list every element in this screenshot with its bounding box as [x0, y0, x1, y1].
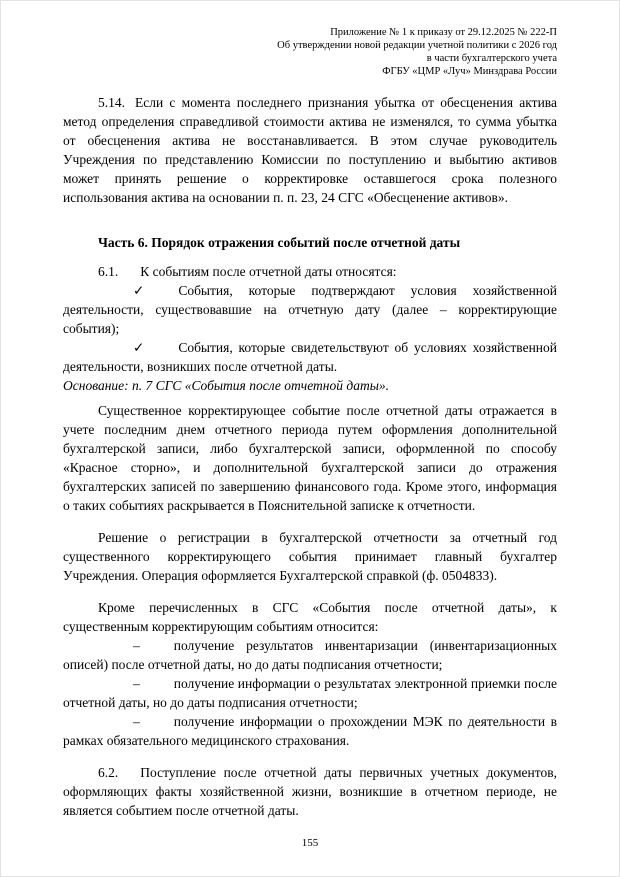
- document-header: Приложение № 1 к приказу от 29.12.2025 №…: [63, 26, 557, 78]
- check-icon: ✓: [98, 281, 144, 300]
- header-line-3: в части бухгалтерского учета: [63, 52, 557, 65]
- page-number: 155: [1, 837, 619, 850]
- paragraph-besides: Кроме перечисленных в СГС «События после…: [63, 598, 557, 636]
- paragraph-5-14-text: Если с момента последнего признания убыт…: [63, 95, 557, 205]
- document-body: 5.14.Если с момента последнего признания…: [63, 93, 557, 820]
- paragraph-6-1-text: К событиям после отчетной даты относятся…: [140, 264, 396, 279]
- document-page: Приложение № 1 к приказу от 29.12.2025 №…: [0, 0, 620, 877]
- paragraph-6-2: 6.2.Поступление после отчетной даты перв…: [63, 763, 557, 820]
- clause-number-5-14: 5.14.: [98, 95, 125, 110]
- check-list-item-2: ✓События, которые свидетельствуют об усл…: [63, 338, 557, 376]
- part-6-heading: Часть 6. Порядок отражения событий после…: [63, 233, 557, 252]
- paragraph-6-2-text: Поступление после отчетной даты первичны…: [63, 765, 557, 818]
- paragraph-5-14: 5.14.Если с момента последнего признания…: [63, 93, 557, 207]
- number-gap: [118, 776, 140, 777]
- clause-number-6-1: 6.1.: [98, 264, 118, 279]
- check-icon: ✓: [98, 338, 144, 357]
- marker-gap: [140, 725, 174, 726]
- check-list-item-1: ✓События, которые подтверждают условия х…: [63, 281, 557, 338]
- dash-icon: –: [98, 636, 140, 655]
- header-line-4: ФГБУ «ЦМР «Луч» Минздрава России: [63, 65, 557, 78]
- basis-note: Основание: п. 7 СГС «События после отчет…: [63, 376, 557, 395]
- dash-list-item-3: –получение информации о прохождении МЭК …: [63, 712, 557, 750]
- marker-gap: [140, 687, 174, 688]
- number-gap: [125, 106, 135, 107]
- dash-list-item-2: –получение информации о результатах элек…: [63, 674, 557, 712]
- paragraph-decision: Решение о регистрации в бухгалтерской от…: [63, 528, 557, 585]
- header-line-1: Приложение № 1 к приказу от 29.12.2025 №…: [63, 26, 557, 39]
- paragraph-6-1: 6.1.К событиям после отчетной даты относ…: [63, 262, 557, 281]
- dash-icon: –: [98, 712, 140, 731]
- marker-gap: [144, 294, 178, 295]
- dash-icon: –: [98, 674, 140, 693]
- clause-number-6-2: 6.2.: [98, 765, 118, 780]
- number-gap: [118, 275, 140, 276]
- marker-gap: [140, 649, 174, 650]
- header-line-2: Об утверждении новой редакции учетной по…: [63, 39, 557, 52]
- marker-gap: [144, 351, 178, 352]
- dash-list-item-1: –получение результатов инвентаризации (и…: [63, 636, 557, 674]
- paragraph-material-event: Существенное корректирующее событие посл…: [63, 401, 557, 515]
